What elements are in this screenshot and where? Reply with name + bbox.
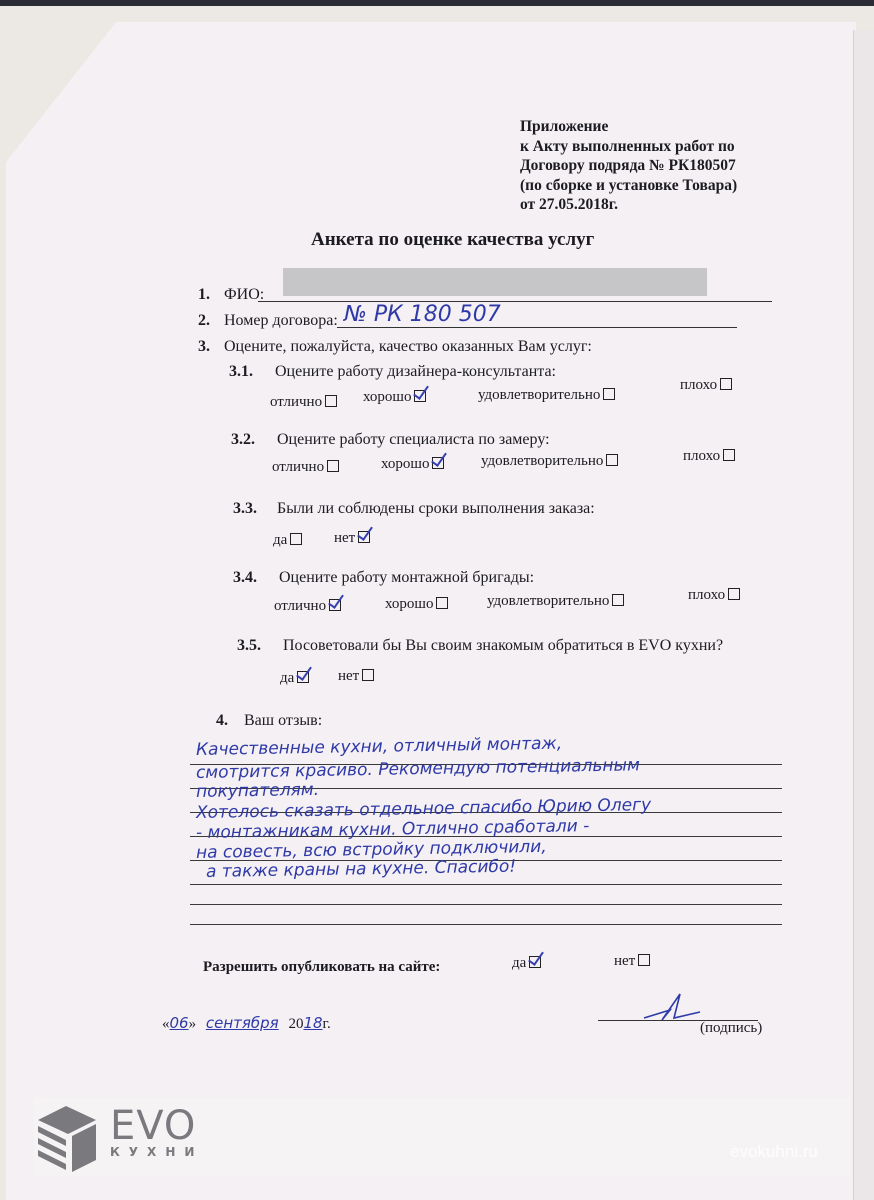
- review-ruled-line: [190, 924, 782, 925]
- question-number: 3.2.: [231, 431, 273, 449]
- question-text: Оцените работу специалиста по замеру:: [277, 431, 550, 448]
- rate-intro-text: Оцените, пожалуйста, качество оказанных …: [224, 338, 592, 355]
- option-label: отлично: [274, 598, 326, 614]
- annex-line: от 27.05.2018г.: [520, 195, 737, 215]
- option-label: отлично: [272, 459, 324, 475]
- option-label: отлично: [270, 394, 322, 410]
- fio-field: 1. ФИО:: [198, 286, 264, 304]
- checkbox[interactable]: [612, 594, 624, 606]
- option-label: хорошо: [381, 456, 429, 472]
- annex-line: к Акту выполненных работ по: [520, 137, 737, 157]
- option-3-5-no[interactable]: нет: [338, 668, 374, 685]
- date-month: сентября: [200, 1014, 285, 1032]
- checkbox-checked[interactable]: [529, 956, 541, 968]
- option-label: да: [280, 670, 294, 686]
- checkbox[interactable]: [362, 669, 374, 681]
- option-3-2-good[interactable]: хорошо: [381, 456, 444, 473]
- contract-field: 2. Номер договора:: [198, 312, 338, 330]
- question-text: Были ли соблюдены сроки выполнения заказ…: [277, 500, 595, 517]
- field-number: 3.: [198, 338, 220, 356]
- brand-name: EVO: [110, 1103, 196, 1149]
- redacted-name: [283, 268, 707, 296]
- question-number: 3.1.: [229, 363, 271, 381]
- quote: »: [189, 1016, 197, 1032]
- rate-intro: 3. Оцените, пожалуйста, качество оказанн…: [198, 338, 592, 356]
- question-3-3: 3.3. Были ли соблюдены сроки выполнения …: [233, 500, 595, 518]
- contract-value: № РК 180 507: [344, 302, 501, 327]
- checkbox-checked[interactable]: [414, 390, 426, 402]
- field-number: 1.: [198, 286, 220, 304]
- checkbox[interactable]: [723, 449, 735, 461]
- option-label: да: [273, 532, 287, 548]
- date-field: «06» сентября 2018г.: [162, 1014, 331, 1033]
- contract-underline: [337, 327, 737, 328]
- checkbox-checked[interactable]: [329, 599, 341, 611]
- option-label: нет: [614, 953, 635, 969]
- question-3-2: 3.2. Оцените работу специалиста по замер…: [231, 431, 550, 449]
- question-text: Посоветовали бы Вы своим знакомым обрати…: [283, 637, 723, 654]
- option-3-1-bad[interactable]: плохо: [680, 377, 732, 394]
- question-number: 3.5.: [237, 637, 279, 655]
- checkbox[interactable]: [606, 454, 618, 466]
- option-label: да: [512, 955, 526, 971]
- option-3-5-yes[interactable]: да: [280, 670, 309, 687]
- checkbox-checked[interactable]: [297, 671, 309, 683]
- option-label: плохо: [680, 377, 717, 393]
- checkbox[interactable]: [603, 388, 615, 400]
- option-label: плохо: [688, 587, 725, 603]
- option-3-3-yes[interactable]: да: [273, 532, 302, 549]
- checkbox-checked[interactable]: [358, 531, 370, 543]
- annex-header: Приложение к Акту выполненных работ по Д…: [520, 117, 737, 215]
- option-3-3-no[interactable]: нет: [334, 530, 370, 547]
- page-title: Анкета по оценке качества услуг: [311, 229, 594, 251]
- question-text: Оцените работу дизайнера-консультанта:: [275, 363, 556, 380]
- signature-scribble: [640, 990, 710, 1024]
- brand-site: evokuhni.ru: [730, 1142, 818, 1162]
- option-3-1-good[interactable]: хорошо: [363, 389, 426, 406]
- field-number: 4.: [216, 712, 240, 730]
- option-label: удовлетворительно: [481, 453, 603, 469]
- option-3-4-good[interactable]: хорошо: [385, 596, 448, 613]
- option-3-2-bad[interactable]: плохо: [683, 448, 735, 465]
- option-3-1-satisfactory[interactable]: удовлетворительно: [478, 387, 615, 404]
- page-right-edge: [853, 30, 874, 1200]
- publish-label: Разрешить опубликовать на сайте:: [203, 959, 440, 976]
- question-3-4: 3.4. Оцените работу монтажной бригады:: [233, 569, 534, 587]
- question-number: 3.4.: [233, 569, 275, 587]
- option-label: хорошо: [385, 596, 433, 612]
- checkbox[interactable]: [720, 378, 732, 390]
- option-label: плохо: [683, 448, 720, 464]
- evo-cube-logo-icon: [36, 1102, 100, 1172]
- option-3-2-excellent[interactable]: отлично: [272, 459, 339, 476]
- option-3-2-satisfactory[interactable]: удовлетворительно: [481, 453, 618, 470]
- review-label: 4. Ваш отзыв:: [216, 712, 322, 730]
- option-label: удовлетворительно: [487, 593, 609, 609]
- checkbox[interactable]: [436, 597, 448, 609]
- annex-line: (по сборке и установке Товара): [520, 176, 737, 196]
- publish-no[interactable]: нет: [614, 953, 650, 970]
- checkbox[interactable]: [290, 533, 302, 545]
- quote: «: [162, 1016, 170, 1032]
- checkbox[interactable]: [327, 460, 339, 472]
- fio-underline: [258, 301, 772, 302]
- option-label: хорошо: [363, 389, 411, 405]
- signature-caption: (подпись): [700, 1020, 762, 1037]
- date-year-suffix: 18: [303, 1014, 322, 1032]
- publish-yes[interactable]: да: [512, 955, 541, 972]
- review-label-text: Ваш отзыв:: [244, 712, 322, 729]
- checkbox-checked[interactable]: [432, 457, 444, 469]
- question-3-5: 3.5. Посоветовали бы Вы своим знакомым о…: [237, 637, 723, 655]
- annex-line: Договору подряда № РК180507: [520, 156, 737, 176]
- option-label: удовлетворительно: [478, 387, 600, 403]
- date-suffix: г.: [323, 1016, 331, 1032]
- checkbox[interactable]: [638, 954, 650, 966]
- question-number: 3.3.: [233, 500, 273, 518]
- date-year-prefix: 20: [288, 1016, 303, 1032]
- field-number: 2.: [198, 312, 220, 330]
- option-3-4-excellent[interactable]: отлично: [274, 598, 341, 615]
- option-3-4-bad[interactable]: плохо: [688, 587, 740, 604]
- review-text-line: покупателям.: [196, 780, 319, 802]
- contract-label: Номер договора:: [224, 312, 338, 329]
- review-ruled-line: [190, 904, 782, 905]
- question-3-1: 3.1. Оцените работу дизайнера-консультан…: [229, 363, 556, 381]
- date-day: 06: [170, 1014, 189, 1032]
- question-text: Оцените работу монтажной бригады:: [279, 569, 534, 586]
- review-ruled-line: [190, 884, 782, 885]
- option-label: нет: [334, 530, 355, 546]
- checkbox[interactable]: [325, 395, 337, 407]
- option-label: нет: [338, 668, 359, 684]
- checkbox[interactable]: [728, 588, 740, 600]
- annex-line: Приложение: [520, 117, 737, 137]
- option-3-4-satisfactory[interactable]: удовлетворительно: [487, 593, 624, 610]
- option-3-1-excellent[interactable]: отлично: [270, 394, 337, 411]
- brand-subtitle: КУХНИ: [110, 1145, 203, 1159]
